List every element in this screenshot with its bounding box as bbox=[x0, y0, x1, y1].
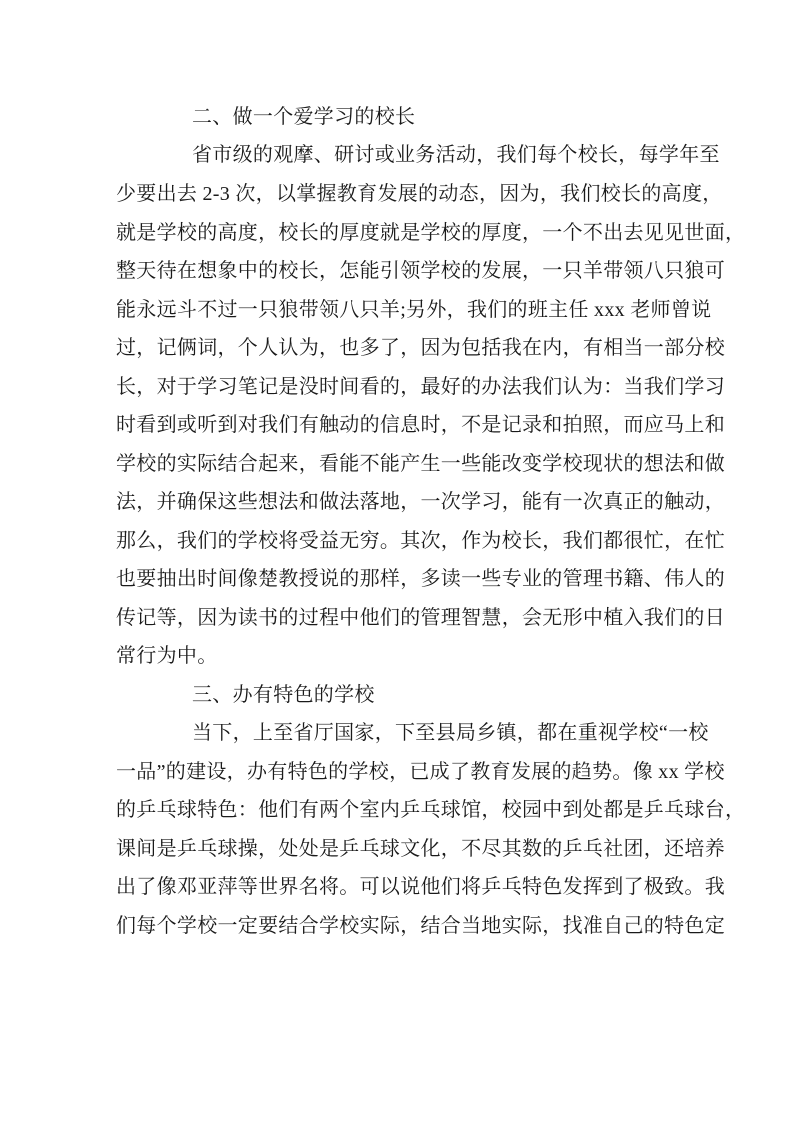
paragraph-line: 那么，我们的学校将受益无穷。其次，作为校长，我们都很忙，在忙 bbox=[116, 526, 682, 556]
paragraph-line: 常行为中。 bbox=[116, 641, 682, 671]
paragraph-line: 出了像邓亚萍等世界名将。可以说他们将乒乓特色发挥到了极致。我 bbox=[116, 872, 682, 902]
paragraph-line: 们每个学校一定要结合学校实际，结合当地实际，找准自己的特色定 bbox=[116, 911, 682, 941]
paragraph-line: 能永远斗不过一只狼带领八只羊;另外，我们的班主任 xxx 老师曾说 bbox=[116, 295, 682, 325]
section-heading: 二、做一个爱学习的校长 bbox=[192, 102, 415, 132]
paragraph-line: 时看到或听到对我们有触动的信息时，不是记录和拍照，而应马上和 bbox=[116, 410, 682, 440]
paragraph-line: 长，对于学习笔记是没时间看的，最好的办法我们认为：当我们学习 bbox=[116, 372, 682, 402]
paragraph-line: 的乒乓球特色：他们有两个室内乒乓球馆，校园中到处都是乒乓球台， bbox=[116, 795, 682, 825]
paragraph-line: 也要抽出时间像楚教授说的那样，多读一些专业的管理书籍、伟人的 bbox=[116, 564, 682, 594]
paragraph-line: 省市级的观摩、研讨或业务活动，我们每个校长，每学年至 bbox=[192, 140, 682, 170]
section-heading: 三、办有特色的学校 bbox=[192, 680, 375, 710]
paragraph-line: 过，记俩词，个人认为，也多了，因为包括我在内，有相当一部分校 bbox=[116, 333, 682, 363]
paragraph-line: 学校的实际结合起来，看能不能产生一些能改变学校现状的想法和做 bbox=[116, 449, 682, 479]
paragraph-line: 一品”的建设，办有特色的学校，已成了教育发展的趋势。像 xx 学校 bbox=[116, 757, 682, 787]
paragraph-line: 就是学校的高度，校长的厚度就是学校的厚度，一个不出去见见世面， bbox=[116, 218, 682, 248]
paragraph-line: 整天待在想象中的校长，怎能引领学校的发展，一只羊带领八只狼可 bbox=[116, 256, 682, 286]
paragraph-line: 当下，上至省厅国家，下至县局乡镇，都在重视学校“一校 bbox=[192, 718, 682, 748]
paragraph-line: 少要出去 2-3 次，以掌握教育发展的动态，因为，我们校长的高度， bbox=[116, 179, 682, 209]
paragraph-line: 传记等，因为读书的过程中他们的管理智慧，会无形中植入我们的日 bbox=[116, 603, 682, 633]
paragraph-line: 课间是乒乓球操，处处是乒乓球文化，不尽其数的乒乓社团，还培养 bbox=[116, 834, 682, 864]
document-page: 二、做一个爱学习的校长 省市级的观摩、研讨或业务活动，我们每个校长，每学年至 少… bbox=[0, 0, 793, 1122]
paragraph-line: 法，并确保这些想法和做法落地，一次学习，能有一次真正的触动， bbox=[116, 487, 682, 517]
